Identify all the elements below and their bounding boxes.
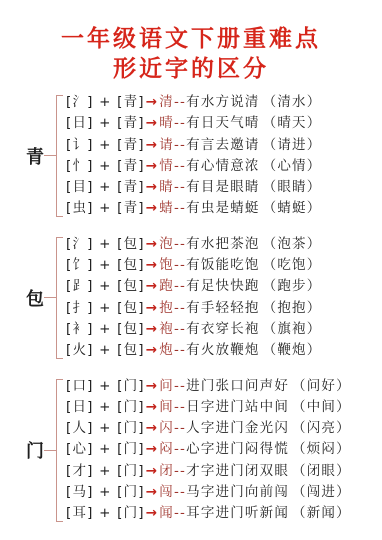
formula-row: [马] + [门]→闯--马字进门向前闯（闯进） [66, 482, 351, 503]
example-word: （泡茶） [260, 236, 322, 252]
components-segment: [目] + [青] [66, 179, 145, 195]
mnemonic-phrase: 人字进门金光闪 [186, 420, 289, 436]
worksheet-page: 一年级语文下册重难点 形近字的区分 青[氵] + [青]→清--有水方说清（清水… [0, 0, 382, 540]
mnemonic-phrase: 有衣穿长袍 [186, 321, 260, 337]
example-word: （清水） [260, 94, 322, 110]
arrow-right-icon: → [145, 300, 160, 316]
arrow-right-icon: → [145, 200, 160, 216]
formula-row: [虫] + [青]→蜻--有虫是蜻蜓（蜻蜓） [66, 198, 321, 219]
mnemonic-phrase: 有火放鞭炮 [186, 342, 260, 358]
mnemonic-phrase: 有心情意浓 [186, 158, 260, 174]
arrow-right-icon: → [145, 278, 160, 294]
example-word: （跑步） [260, 278, 322, 294]
arrow-right-icon: → [145, 137, 160, 153]
group-label: 门 [0, 437, 44, 463]
example-word: （闭眼） [289, 463, 351, 479]
result-character: 闯-- [159, 484, 186, 500]
components-segment: [衤] + [包] [66, 321, 145, 337]
result-character: 闻-- [159, 505, 186, 521]
example-word: （问好） [289, 378, 351, 394]
formula-row: [饣] + [包]→饱--有饭能吃饱（吃饱） [66, 255, 321, 276]
components-segment: [口] + [门] [66, 378, 145, 394]
example-word: （抱抱） [260, 300, 322, 316]
page-title: 一年级语文下册重难点 形近字的区分 [0, 24, 382, 84]
example-word: （请进） [260, 137, 322, 153]
result-character: 间-- [159, 399, 186, 415]
formula-row: [讠] + [青]→请--有言去邀请（请进） [66, 135, 321, 156]
arrow-right-icon: → [145, 420, 160, 436]
components-segment: [扌] + [包] [66, 300, 145, 316]
formula-row: [心] + [门]→闷--心字进门闷得慌（烦闷） [66, 439, 351, 460]
arrow-right-icon: → [145, 378, 160, 394]
components-segment: [心] + [门] [66, 441, 145, 457]
bracket-connector-line [44, 297, 56, 298]
example-word: （闯进） [289, 484, 351, 500]
mnemonic-phrase: 才字进门闭双眼 [186, 463, 289, 479]
components-segment: [耳] + [门] [66, 505, 145, 521]
arrow-right-icon: → [145, 505, 160, 521]
title-line-1: 一年级语文下册重难点 [0, 24, 382, 54]
bracket-connector-line [44, 155, 56, 156]
result-character: 晴-- [159, 115, 186, 131]
example-word: （晴天） [260, 115, 322, 131]
group-bracket [56, 379, 63, 522]
components-segment: [虫] + [青] [66, 200, 145, 216]
formula-row: [衤] + [包]→袍--有衣穿长袍（旗袍） [66, 319, 321, 340]
title-line-2: 形近字的区分 [0, 54, 382, 84]
components-segment: [饣] + [包] [66, 257, 145, 273]
formula-row: [氵] + [包]→泡--有水把茶泡（泡茶） [66, 234, 321, 255]
result-character: 泡-- [159, 236, 186, 252]
example-word: （心情） [260, 158, 322, 174]
result-character: 清-- [159, 94, 186, 110]
formula-row: [扌] + [包]→抱--有手轻轻抱（抱抱） [66, 298, 321, 319]
example-word: （闪亮） [289, 420, 351, 436]
components-segment: [⻊] + [包] [66, 278, 145, 294]
result-character: 饱-- [159, 257, 186, 273]
character-group-青: 青[氵] + [青]→清--有水方说清（清水）[日] + [青]→晴--有日天气… [0, 92, 382, 220]
mnemonic-phrase: 马字进门向前闯 [186, 484, 289, 500]
example-word: （新闻） [289, 505, 351, 521]
mnemonic-phrase: 有言去邀请 [186, 137, 260, 153]
example-word: （眼睛） [260, 179, 322, 195]
components-segment: [氵] + [青] [66, 94, 145, 110]
result-character: 情-- [159, 158, 186, 174]
result-character: 请-- [159, 137, 186, 153]
character-group-包: 包[氵] + [包]→泡--有水把茶泡（泡茶）[饣] + [包]→饱--有饭能吃… [0, 234, 382, 362]
components-segment: [才] + [门] [66, 463, 145, 479]
formula-row: [日] + [青]→晴--有日天气晴（晴天） [66, 113, 321, 134]
result-character: 蜻-- [159, 200, 186, 216]
mnemonic-phrase: 耳字进门听新闻 [186, 505, 289, 521]
mnemonic-phrase: 有目是眼睛 [186, 179, 260, 195]
mnemonic-phrase: 进门张口问声好 [186, 378, 289, 394]
formula-row: [火] + [包]→炮--有火放鞭炮（鞭炮） [66, 340, 321, 361]
mnemonic-phrase: 有饭能吃饱 [186, 257, 260, 273]
result-character: 睛-- [159, 179, 186, 195]
arrow-right-icon: → [145, 484, 160, 500]
components-segment: [马] + [门] [66, 484, 145, 500]
mnemonic-phrase: 有水方说清 [186, 94, 260, 110]
arrow-right-icon: → [145, 441, 160, 457]
result-character: 袍-- [159, 321, 186, 337]
mnemonic-phrase: 有手轻轻抱 [186, 300, 260, 316]
arrow-right-icon: → [145, 399, 160, 415]
formula-row: [耳] + [门]→闻--耳字进门听新闻（新闻） [66, 503, 351, 524]
example-word: （烦闷） [289, 441, 351, 457]
formula-row: [氵] + [青]→清--有水方说清（清水） [66, 92, 321, 113]
components-segment: [人] + [门] [66, 420, 145, 436]
result-character: 闭-- [159, 463, 186, 479]
arrow-right-icon: → [145, 94, 160, 110]
mnemonic-phrase: 有足快快跑 [186, 278, 260, 294]
result-character: 闪-- [159, 420, 186, 436]
group-bracket [56, 237, 63, 359]
group-rows: [氵] + [青]→清--有水方说清（清水）[日] + [青]→晴--有日天气晴… [63, 92, 321, 220]
result-character: 抱-- [159, 300, 186, 316]
arrow-right-icon: → [145, 158, 160, 174]
example-word: （旗袍） [260, 321, 322, 337]
arrow-right-icon: → [145, 257, 160, 273]
bracket-connector-line [44, 450, 56, 451]
formula-row: [人] + [门]→闪--人字进门金光闪（闪亮） [66, 418, 351, 439]
mnemonic-phrase: 心字进门闷得慌 [186, 441, 289, 457]
group-label: 包 [0, 285, 44, 311]
formula-row: [忄] + [青]→情--有心情意浓（心情） [66, 156, 321, 177]
formula-row: [日] + [门]→间--日字进门站中间（中间） [66, 397, 351, 418]
arrow-right-icon: → [145, 115, 160, 131]
arrow-right-icon: → [145, 321, 160, 337]
mnemonic-phrase: 有水把茶泡 [186, 236, 260, 252]
arrow-right-icon: → [145, 236, 160, 252]
example-word: （中间） [289, 399, 351, 415]
example-word: （蜻蜓） [260, 200, 322, 216]
result-character: 炮-- [159, 342, 186, 358]
character-groups: 青[氵] + [青]→清--有水方说清（清水）[日] + [青]→晴--有日天气… [0, 92, 382, 525]
components-segment: [讠] + [青] [66, 137, 145, 153]
group-bracket [56, 95, 63, 217]
character-group-门: 门[口] + [门]→问--进门张口问声好（问好）[日] + [门]→间--日字… [0, 376, 382, 525]
result-character: 跑-- [159, 278, 186, 294]
components-segment: [日] + [门] [66, 399, 145, 415]
formula-row: [才] + [门]→闭--才字进门闭双眼（闭眼） [66, 461, 351, 482]
example-word: （鞭炮） [260, 342, 322, 358]
formula-row: [目] + [青]→睛--有目是眼睛（眼睛） [66, 177, 321, 198]
arrow-right-icon: → [145, 179, 160, 195]
mnemonic-phrase: 日字进门站中间 [186, 399, 289, 415]
group-rows: [口] + [门]→问--进门张口问声好（问好）[日] + [门]→间--日字进… [63, 376, 351, 525]
result-character: 闷-- [159, 441, 186, 457]
result-character: 问-- [159, 378, 186, 394]
example-word: （吃饱） [260, 257, 322, 273]
formula-row: [⻊] + [包]→跑--有足快快跑（跑步） [66, 276, 321, 297]
mnemonic-phrase: 有虫是蜻蜓 [186, 200, 260, 216]
formula-row: [口] + [门]→问--进门张口问声好（问好） [66, 376, 351, 397]
mnemonic-phrase: 有日天气晴 [186, 115, 260, 131]
group-rows: [氵] + [包]→泡--有水把茶泡（泡茶）[饣] + [包]→饱--有饭能吃饱… [63, 234, 321, 362]
components-segment: [忄] + [青] [66, 158, 145, 174]
group-label: 青 [0, 143, 44, 169]
components-segment: [氵] + [包] [66, 236, 145, 252]
arrow-right-icon: → [145, 463, 160, 479]
arrow-right-icon: → [145, 342, 160, 358]
components-segment: [火] + [包] [66, 342, 145, 358]
components-segment: [日] + [青] [66, 115, 145, 131]
